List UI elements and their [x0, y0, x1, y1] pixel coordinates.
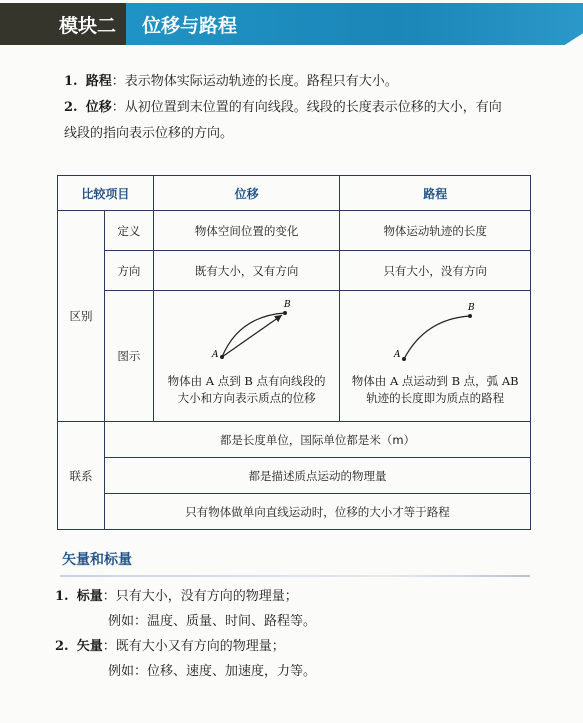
- separator: ：: [103, 639, 116, 654]
- section-title: 矢量和标量: [62, 549, 132, 569]
- item-number: 1.: [55, 589, 69, 604]
- separator: ：: [112, 100, 125, 115]
- term: 矢量: [77, 639, 103, 654]
- point-b-label: B: [467, 303, 475, 313]
- cell: 物体运动轨迹的长度: [340, 211, 531, 251]
- row-label: 图示: [104, 291, 153, 422]
- module-title: 位移与路程: [126, 3, 583, 45]
- point-b-label: B: [283, 300, 291, 310]
- term: 标量: [77, 589, 103, 604]
- term: 位移: [86, 100, 112, 115]
- displacement-diagram: A B: [154, 291, 341, 371]
- module-banner: 模块二 位移与路程: [0, 3, 583, 45]
- cell: 既有大小，又有方向: [153, 251, 340, 291]
- scalar-definition: 1. 标量：只有大小，没有方向的物理量；: [55, 585, 298, 609]
- link-row: 都是描述质点运动的物理量: [104, 458, 530, 494]
- comparison-table: 比较项目 位移 路程 区别 定义 物体空间位置的变化 物体运动轨迹的长度 方向 …: [57, 175, 531, 530]
- header-displacement: 位移: [153, 176, 340, 211]
- separator: ：: [112, 74, 125, 89]
- section-divider: [60, 575, 530, 577]
- point-a-label: A: [393, 350, 401, 360]
- module-label: 模块二: [0, 3, 126, 45]
- link-row: 只有物体做单向直线运动时，位移的大小才等于路程: [104, 494, 530, 530]
- distance-caption: 物体由 A 点运动到 B 点，弧 AB 轨迹的长度即为质点的路程: [340, 373, 530, 407]
- vector-definition: 2. 矢量：既有大小又有方向的物理量；: [55, 635, 285, 659]
- definition-displacement-cont: 线段的指向表示位移的方向。: [64, 122, 544, 146]
- header-item: 比较项目: [58, 176, 154, 211]
- distance-diagram: A B: [340, 291, 531, 371]
- cell: 物体空间位置的变化: [153, 211, 340, 251]
- definition-text: 表示物体实际运动轨迹的长度。路程只有大小。: [125, 74, 398, 89]
- row-label: 方向: [104, 251, 153, 291]
- point-a-label: A: [211, 350, 219, 360]
- displacement-caption: 物体由 A 点到 B 点有向线段的 大小和方向表示质点的位移: [154, 373, 340, 407]
- diff-label: 区别: [58, 211, 105, 422]
- item-number: 1.: [64, 74, 78, 89]
- cell: 只有大小，没有方向: [340, 251, 531, 291]
- displacement-diagram-cell: A B 物体由 A 点到 B 点有向线段的 大小和方向表示质点的位移: [153, 291, 340, 422]
- link-row: 都是长度单位，国际单位都是米（m）: [104, 422, 530, 458]
- header-distance: 路程: [340, 176, 531, 211]
- row-label: 定义: [104, 211, 153, 251]
- vector-example: 例如：位移、速度、加速度，力等。: [108, 660, 316, 684]
- item-number: 2.: [64, 100, 78, 115]
- distance-diagram-cell: A B 物体由 A 点运动到 B 点，弧 AB 轨迹的长度即为质点的路程: [340, 291, 531, 422]
- separator: ：: [103, 589, 116, 604]
- item-number: 2.: [55, 639, 69, 654]
- definition-text: 既有大小又有方向的物理量；: [116, 639, 285, 654]
- scalar-example: 例如：温度、质量、时间、路程等。: [108, 610, 316, 634]
- definition-text: 从初位置到末位置的有向线段。线段的长度表示位移的大小，有向: [125, 100, 502, 115]
- term: 路程: [86, 74, 112, 89]
- definition-distance: 1. 路程：表示物体实际运动轨迹的长度。路程只有大小。: [64, 70, 544, 94]
- link-label: 联系: [58, 422, 105, 530]
- definition-displacement: 2. 位移：从初位置到末位置的有向线段。线段的长度表示位移的大小，有向: [64, 96, 544, 120]
- definition-text: 只有大小，没有方向的物理量；: [116, 589, 298, 604]
